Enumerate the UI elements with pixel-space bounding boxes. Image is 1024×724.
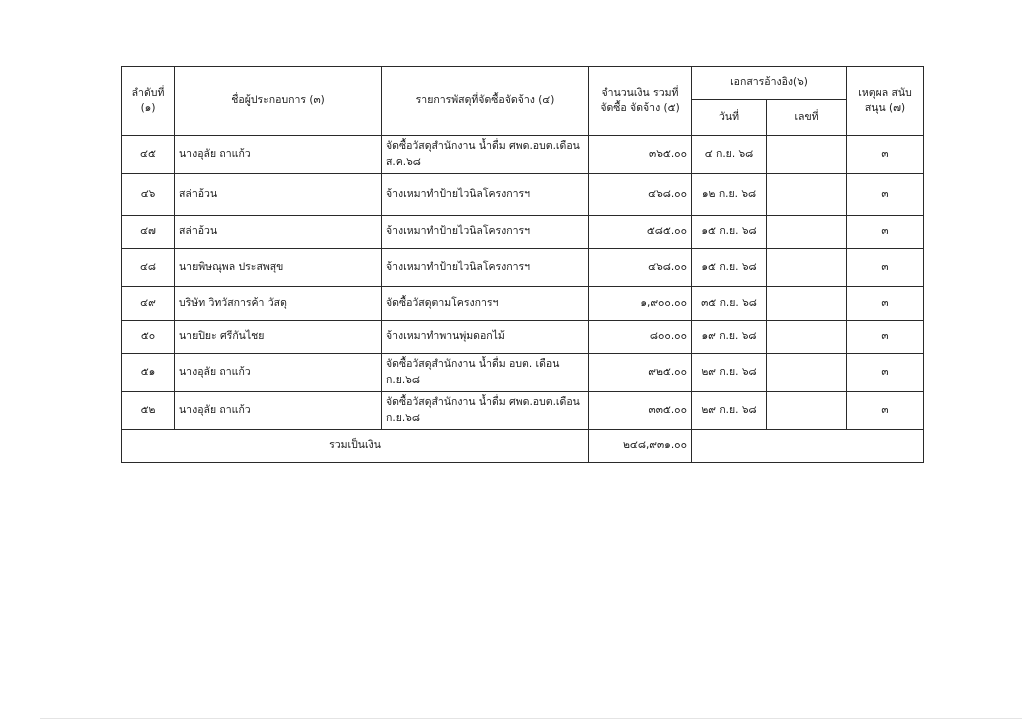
cell-date: ๑๒ ก.ย. ๖๘ xyxy=(692,174,767,216)
cell-amount: ๕๘๕.๐๐ xyxy=(589,216,692,249)
cell-vendor: สล่าอ้วน xyxy=(175,174,382,216)
cell-ref-number xyxy=(767,249,847,287)
header-order: ลำดับที่ (๑) xyxy=(122,67,175,136)
cell-order: ๔๘ xyxy=(122,249,175,287)
page-bottom-edge xyxy=(40,718,1022,719)
table-row: ๔๙ บริษัท วิทวัสการค้า วัสดุ จัดซื้อวัสด… xyxy=(122,287,924,321)
cell-order: ๔๕ xyxy=(122,136,175,174)
cell-order: ๕๒ xyxy=(122,392,175,430)
header-reason-line1: เหตุผล สนับ xyxy=(851,86,919,101)
cell-item: จ้างเหมาทำป้ายไวนิลโครงการฯ xyxy=(382,249,589,287)
cell-item: จ้างเหมาทำป้ายไวนิลโครงการฯ xyxy=(382,174,589,216)
total-amount: ๒๔๘,๙๓๑.๐๐ xyxy=(589,430,692,463)
cell-vendor: นายปิยะ ศรีกันไชย xyxy=(175,321,382,354)
cell-ref-number xyxy=(767,287,847,321)
cell-amount: ๔๖๘.๐๐ xyxy=(589,249,692,287)
cell-amount: ๘๐๐.๐๐ xyxy=(589,321,692,354)
cell-reason: ๓ xyxy=(847,321,924,354)
cell-amount: ๓๓๕.๐๐ xyxy=(589,392,692,430)
cell-date: ๓๕ ก.ย. ๖๘ xyxy=(692,287,767,321)
cell-vendor: นางอุลัย ถาแก้ว xyxy=(175,354,382,392)
cell-item: จัดซื้อวัสดุสำนักงาน น้ำดื่ม อบต. เดือน … xyxy=(382,354,589,392)
header-order-line1: ลำดับที่ xyxy=(126,86,170,101)
cell-item: จัดซื้อวัสดุสำนักงาน น้ำดื่ม ศพด.อบต.เดื… xyxy=(382,392,589,430)
header-amount-line2: จัดซื้อ จัดจ้าง (๕) xyxy=(593,101,687,116)
table-row: ๕๒ นางอุลัย ถาแก้ว จัดซื้อวัสดุสำนักงาน … xyxy=(122,392,924,430)
cell-amount: ๔๖๘.๐๐ xyxy=(589,174,692,216)
total-empty-cell xyxy=(692,430,924,463)
total-row: รวมเป็นเงิน ๒๔๘,๙๓๑.๐๐ xyxy=(122,430,924,463)
cell-order: ๕๐ xyxy=(122,321,175,354)
header-order-line2: (๑) xyxy=(126,101,170,116)
cell-amount: ๓๖๕.๐๐ xyxy=(589,136,692,174)
header-amount: จำนวนเงิน รวมที่ จัดซื้อ จัดจ้าง (๕) xyxy=(589,67,692,136)
header-reason-line2: สนุน (๗) xyxy=(851,101,919,116)
header-vendor: ชื่อผู้ประกอบการ (๓) xyxy=(175,67,382,136)
cell-date: ๑๕ ก.ย. ๖๘ xyxy=(692,249,767,287)
header-ref-number: เลขที่ xyxy=(767,100,847,136)
cell-date: ๑๙ ก.ย. ๖๘ xyxy=(692,321,767,354)
cell-ref-number xyxy=(767,321,847,354)
cell-amount: ๙๒๕.๐๐ xyxy=(589,354,692,392)
cell-order: ๔๙ xyxy=(122,287,175,321)
header-amount-line1: จำนวนเงิน รวมที่ xyxy=(593,86,687,101)
header-item: รายการพัสดุที่จัดซื้อจัดจ้าง (๔) xyxy=(382,67,589,136)
cell-ref-number xyxy=(767,392,847,430)
table-row: ๔๕ นางอุลัย ถาแก้ว จัดซื้อวัสดุสำนักงาน … xyxy=(122,136,924,174)
header-reason: เหตุผล สนับ สนุน (๗) xyxy=(847,67,924,136)
cell-vendor: นางอุลัย ถาแก้ว xyxy=(175,136,382,174)
cell-item: จ้างเหมาทำป้ายไวนิลโครงการฯ xyxy=(382,216,589,249)
procurement-table: ลำดับที่ (๑) ชื่อผู้ประกอบการ (๓) รายการ… xyxy=(121,66,924,463)
cell-date: ๔ ก.ย. ๖๘ xyxy=(692,136,767,174)
cell-amount: ๑,๙๐๐.๐๐ xyxy=(589,287,692,321)
table-row: ๔๖ สล่าอ้วน จ้างเหมาทำป้ายไวนิลโครงการฯ … xyxy=(122,174,924,216)
header-reference: เอกสารอ้างอิง(๖) xyxy=(692,67,847,100)
table-row: ๕๐ นายปิยะ ศรีกันไชย จ้างเหมาทำพานพุ่มดอ… xyxy=(122,321,924,354)
header-ref-date: วันที่ xyxy=(692,100,767,136)
cell-vendor: นางอุลัย ถาแก้ว xyxy=(175,392,382,430)
cell-reason: ๓ xyxy=(847,174,924,216)
cell-ref-number xyxy=(767,216,847,249)
cell-reason: ๓ xyxy=(847,354,924,392)
table-header-row: ลำดับที่ (๑) ชื่อผู้ประกอบการ (๓) รายการ… xyxy=(122,67,924,100)
cell-date: ๑๕ ก.ย. ๖๘ xyxy=(692,216,767,249)
cell-reason: ๓ xyxy=(847,216,924,249)
cell-ref-number xyxy=(767,174,847,216)
cell-reason: ๓ xyxy=(847,136,924,174)
document-page: ลำดับที่ (๑) ชื่อผู้ประกอบการ (๓) รายการ… xyxy=(0,0,1024,724)
table-row: ๕๑ นางอุลัย ถาแก้ว จัดซื้อวัสดุสำนักงาน … xyxy=(122,354,924,392)
cell-date: ๒๙ ก.ย. ๖๘ xyxy=(692,354,767,392)
cell-vendor: นายพิษณุพล ประสพสุข xyxy=(175,249,382,287)
cell-item: จัดซื้อวัสดุสำนักงาน น้ำดื่ม ศพด.อบต.เดื… xyxy=(382,136,589,174)
cell-vendor: บริษัท วิทวัสการค้า วัสดุ xyxy=(175,287,382,321)
table-row: ๔๗ สล่าอ้วน จ้างเหมาทำป้ายไวนิลโครงการฯ … xyxy=(122,216,924,249)
cell-vendor: สล่าอ้วน xyxy=(175,216,382,249)
cell-date: ๒๙ ก.ย. ๖๘ xyxy=(692,392,767,430)
table-row: ๔๘ นายพิษณุพล ประสพสุข จ้างเหมาทำป้ายไวน… xyxy=(122,249,924,287)
cell-item: จัดซื้อวัสดุตามโครงการฯ xyxy=(382,287,589,321)
cell-ref-number xyxy=(767,354,847,392)
cell-ref-number xyxy=(767,136,847,174)
total-label: รวมเป็นเงิน xyxy=(122,430,589,463)
cell-reason: ๓ xyxy=(847,287,924,321)
cell-reason: ๓ xyxy=(847,249,924,287)
cell-order: ๔๗ xyxy=(122,216,175,249)
cell-reason: ๓ xyxy=(847,392,924,430)
cell-order: ๕๑ xyxy=(122,354,175,392)
cell-item: จ้างเหมาทำพานพุ่มดอกไม้ xyxy=(382,321,589,354)
cell-order: ๔๖ xyxy=(122,174,175,216)
